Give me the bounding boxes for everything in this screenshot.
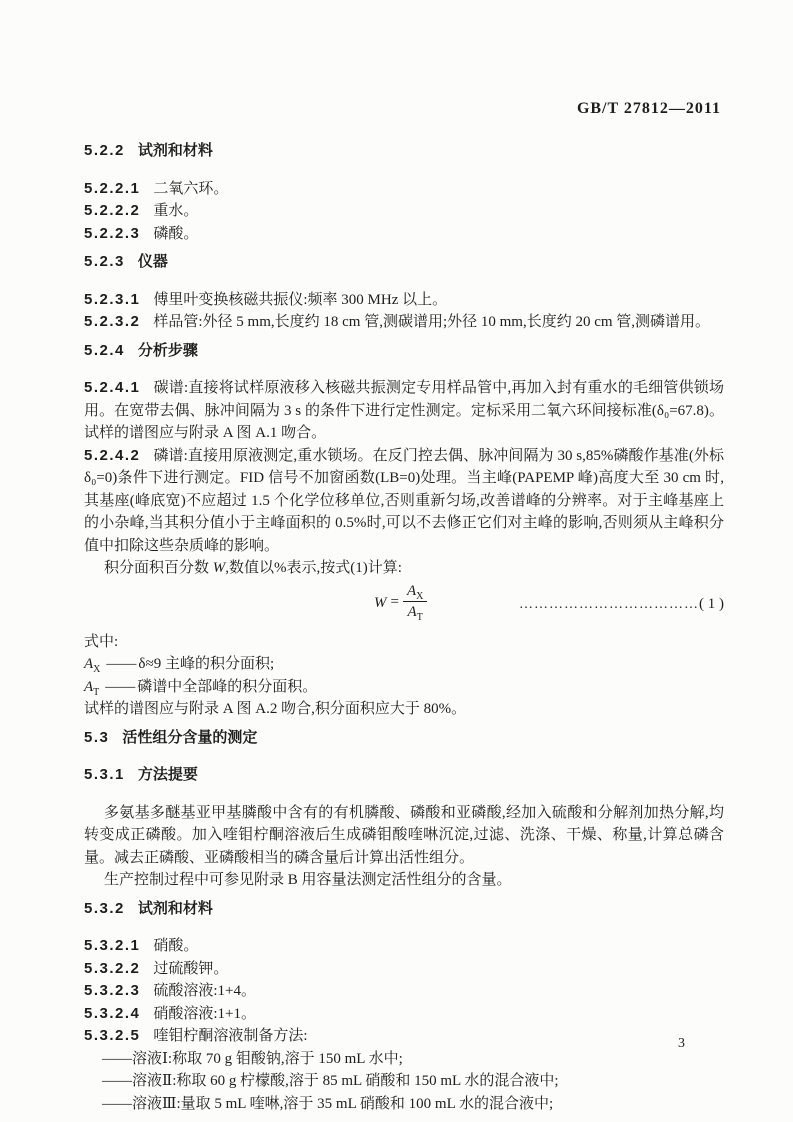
clause-number: 5.2.2 [84, 142, 125, 159]
clause-title: 试剂和材料 [138, 142, 213, 159]
variable-a: A [407, 583, 416, 599]
clause-5-2-3-2: 5.2.3.2样品管:外径 5 mm,长度约 18 cm 管,测碳谱用;外径 1… [84, 311, 724, 334]
clause-5-3-2-4: 5.3.2.4硝酸溶液:1+1。 [84, 1003, 724, 1026]
clause-number: 5.3.2.5 [84, 1027, 140, 1044]
clause-text: 二氧六环。 [153, 181, 228, 197]
variable-a: A [84, 656, 93, 672]
clause-number: 5.3.2.1 [84, 937, 140, 954]
equation-lhs: W [374, 594, 387, 610]
equation-1: W=AXAT ………………………………( 1 ) [84, 583, 724, 629]
clause-number: 5.2.4.1 [84, 379, 140, 396]
calc-intro-pre: 积分面积百分数 [104, 560, 213, 576]
clause-text: 喹钼柠酮溶液制备方法: [153, 1028, 307, 1044]
definition-text: 磷谱中全部峰的积分面积。 [137, 679, 317, 695]
clause-number: 5.2.2.1 [84, 180, 140, 197]
clause-5-2-4-1: 5.2.4.1碳谱:直接将试样原液移入核磁共振测定专用样品管中,再加入封有重水的… [84, 377, 724, 445]
section-heading-5-3-2: 5.3.2试剂和材料 [84, 898, 724, 921]
fraction: AXAT [403, 581, 427, 622]
spectrum-note: 试样的谱图应与附录 A 图 A.2 吻合,积分面积应大于 80%。 [84, 698, 724, 721]
section-heading-5-2-2: 5.2.2试剂和材料 [84, 140, 724, 163]
equation-number: ( 1 ) [699, 596, 724, 612]
clause-5-3-2-2: 5.3.2.2过硫酸钾。 [84, 958, 724, 981]
clause-number: 5.2.4 [84, 342, 125, 359]
clause-number: 5.2.3.2 [84, 313, 140, 330]
equation-expression: W=AXAT [374, 585, 427, 622]
document-page: GB/T 27812—2011 5.2.2试剂和材料 5.2.2.1二氧六环。 … [0, 0, 793, 1122]
equation-number-group: ………………………………( 1 ) [519, 593, 724, 617]
where-intro: 式中: [84, 631, 724, 654]
definition-text: δ≈9 主峰的积分面积; [138, 656, 274, 672]
clause-number: 5.3.1 [84, 766, 125, 783]
clause-number: 5.3.2.4 [84, 1005, 140, 1022]
clause-text: 硝酸溶液:1+1。 [153, 1006, 256, 1022]
clause-text: 样品管:外径 5 mm,长度约 18 cm 管,测碳谱用;外径 10 mm,长度… [153, 314, 710, 330]
clause-5-3-2-1: 5.3.2.1硝酸。 [84, 935, 724, 958]
equals-sign: = [387, 594, 403, 610]
clause-number: 5.3.2.3 [84, 982, 140, 999]
section-heading-5-3-1: 5.3.1方法提要 [84, 764, 724, 787]
clause-text: 磷酸。 [153, 226, 198, 242]
clause-text: 碳谱:直接将试样原液移入核磁共振测定专用样品管中,再加入封有重水的毛细管供锁场用… [84, 380, 724, 441]
clause-5-3-2-5: 5.3.2.5喹钼柠酮溶液制备方法: [84, 1025, 724, 1048]
solution-1-line: ——溶液Ⅰ:称取 70 g 钼酸钠,溶于 150 mL 水中; [84, 1048, 724, 1071]
clause-5-2-2-3: 5.2.2.3磷酸。 [84, 223, 724, 246]
clause-5-2-4-2: 5.2.4.2磷谱:直接用原液测定,重水锁场。在反门控去偶、脉冲间隔为 30 s… [84, 445, 724, 558]
clause-number: 5.2.4.2 [84, 447, 140, 464]
method-summary-paragraph: 多氨基多醚基亚甲基膦酸中含有的有机膦酸、磷酸和亚磷酸,经加入硫酸和分解剂加热分解… [84, 802, 724, 870]
fraction-numerator: AX [403, 581, 427, 602]
definition-dash: —— [99, 679, 137, 695]
subscript-x: X [416, 591, 423, 602]
variable-a: A [84, 679, 93, 695]
clause-number: 5.3.2.2 [84, 960, 140, 977]
clause-number: 5.2.3.1 [84, 291, 140, 308]
clause-number: 5.2.3 [84, 253, 125, 270]
clause-title: 分析步骤 [138, 342, 198, 359]
clause-text: 硫酸溶液:1+4。 [153, 983, 256, 999]
clause-number: 5.3 [84, 729, 109, 746]
calc-intro-post: ,数值以%表示,按式(1)计算: [225, 560, 402, 576]
section-heading-5-2-4: 5.2.4分析步骤 [84, 340, 724, 363]
standard-number-header: GB/T 27812—2011 [577, 100, 721, 118]
solution-2-line: ——溶液Ⅱ:称取 60 g 柠檬酸,溶于 85 mL 硝酸和 150 mL 水的… [84, 1070, 724, 1093]
clause-text: 硝酸。 [153, 938, 198, 954]
clause-title: 试剂和材料 [138, 900, 213, 917]
section-heading-5-3: 5.3活性组分含量的测定 [84, 727, 724, 750]
definition-at: AT——磷谱中全部峰的积分面积。 [84, 676, 724, 699]
clause-title: 方法提要 [138, 766, 198, 783]
clause-title: 仪器 [138, 253, 168, 270]
clause-5-2-3-1: 5.2.3.1傅里叶变换核磁共振仪:频率 300 MHz 以上。 [84, 289, 724, 312]
clause-5-3-2-3: 5.3.2.3硫酸溶液:1+4。 [84, 980, 724, 1003]
clause-text: 傅里叶变换核磁共振仪:频率 300 MHz 以上。 [153, 292, 447, 308]
fraction-denominator: AT [403, 602, 427, 622]
section-heading-5-2-3: 5.2.3仪器 [84, 251, 724, 274]
production-control-note: 生产控制过程中可参见附录 B 用容量法测定活性组分的含量。 [84, 869, 724, 892]
clause-text: 重水。 [153, 203, 198, 219]
clause-number: 5.2.2.3 [84, 225, 140, 242]
clause-number: 5.3.2 [84, 900, 125, 917]
document-body: 5.2.2试剂和材料 5.2.2.1二氧六环。 5.2.2.2重水。 5.2.2… [84, 134, 724, 1115]
solution-3-line: ——溶液Ⅲ:量取 5 mL 喹啉,溶于 35 mL 硝酸和 100 mL 水的混… [84, 1093, 724, 1116]
clause-5-2-2-1: 5.2.2.1二氧六环。 [84, 178, 724, 201]
clause-text: 过硫酸钾。 [153, 961, 228, 977]
definition-ax: AX——δ≈9 主峰的积分面积; [84, 653, 724, 676]
clause-title: 活性组分含量的测定 [122, 729, 257, 746]
variable-w: W [213, 560, 226, 576]
variable-a: A [408, 604, 417, 620]
page-number: 3 [678, 1036, 685, 1052]
dotted-leader: ……………………………… [519, 597, 699, 612]
subscript-t: T [417, 612, 423, 623]
definition-dash: —— [100, 656, 138, 672]
clause-text: 磷谱:直接用原液测定,重水锁场。在反门控去偶、脉冲间隔为 30 s,85%磷酸作… [84, 448, 724, 554]
calculation-intro-line: 积分面积百分数 W,数值以%表示,按式(1)计算: [84, 557, 724, 580]
clause-number: 5.2.2.2 [84, 202, 140, 219]
clause-5-2-2-2: 5.2.2.2重水。 [84, 200, 724, 223]
